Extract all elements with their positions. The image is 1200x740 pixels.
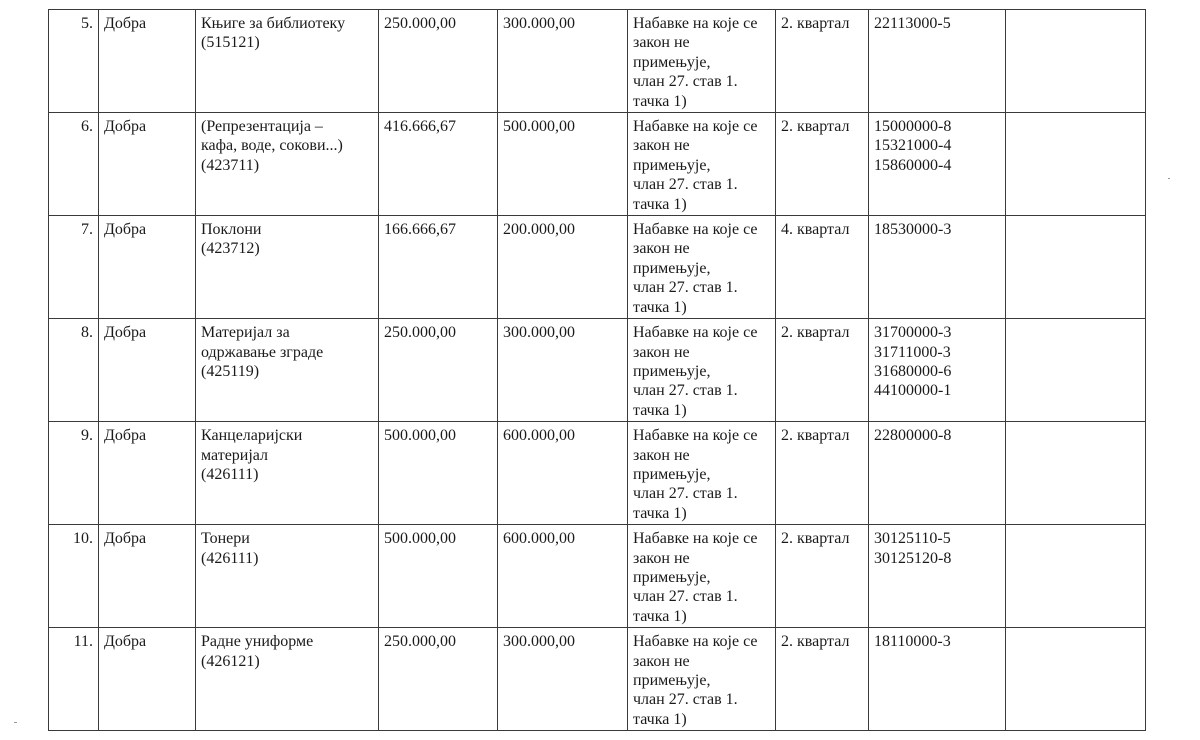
- note-cell: [1006, 113, 1146, 216]
- procedure-type: Набавке на које се закон не примењује, ч…: [628, 319, 776, 422]
- table-row: 10. Добра Тонери (426111) 500.000,00 600…: [49, 525, 1146, 628]
- note-cell: [1006, 422, 1146, 525]
- scan-speck: [14, 722, 17, 723]
- table-row: 5. Добра Књиге за библиотеку (515121) 25…: [49, 10, 1146, 113]
- value-with-vat: 600.000,00: [498, 525, 628, 628]
- procedure-type: Набавке на које се закон не примењује, ч…: [628, 525, 776, 628]
- planned-quarter: 2. квартал: [776, 525, 869, 628]
- subject-type: Добра: [99, 113, 196, 216]
- planned-quarter: 2. квартал: [776, 113, 869, 216]
- note-cell: [1006, 216, 1146, 319]
- cpv-codes: 31700000-3 31711000-3 31680000-6 4410000…: [869, 319, 1006, 422]
- subject-type: Добра: [99, 525, 196, 628]
- table-row: 6. Добра (Репрезентација – кафа, воде, с…: [49, 113, 1146, 216]
- table-row: 8. Добра Материјал за одржавање зграде (…: [49, 319, 1146, 422]
- cpv-codes: 22800000-8: [869, 422, 1006, 525]
- value-without-vat: 250.000,00: [379, 10, 498, 113]
- planned-quarter: 4. квартал: [776, 216, 869, 319]
- value-with-vat: 300.000,00: [498, 319, 628, 422]
- procedure-type: Набавке на које се закон не примењује, ч…: [628, 216, 776, 319]
- scan-speck: [1168, 178, 1170, 179]
- note-cell: [1006, 628, 1146, 731]
- subject-type: Добра: [99, 422, 196, 525]
- procedure-type: Набавке на које се закон не примењује, ч…: [628, 10, 776, 113]
- value-with-vat: 200.000,00: [498, 216, 628, 319]
- subject-type: Добра: [99, 10, 196, 113]
- value-without-vat: 416.666,67: [379, 113, 498, 216]
- value-without-vat: 166.666,67: [379, 216, 498, 319]
- table-row: 9. Добра Канцеларијски материјал (426111…: [49, 422, 1146, 525]
- note-cell: [1006, 10, 1146, 113]
- row-number: 7.: [49, 216, 99, 319]
- value-without-vat: 500.000,00: [379, 422, 498, 525]
- planned-quarter: 2. квартал: [776, 422, 869, 525]
- value-without-vat: 250.000,00: [379, 319, 498, 422]
- value-without-vat: 250.000,00: [379, 628, 498, 731]
- row-number: 5.: [49, 10, 99, 113]
- subject-type: Добра: [99, 216, 196, 319]
- scanned-document-page: 5. Добра Књиге за библиотеку (515121) 25…: [0, 0, 1200, 740]
- value-without-vat: 500.000,00: [379, 525, 498, 628]
- cpv-codes: 22113000-5: [869, 10, 1006, 113]
- note-cell: [1006, 319, 1146, 422]
- value-with-vat: 300.000,00: [498, 10, 628, 113]
- cpv-codes: 18110000-3: [869, 628, 1006, 731]
- row-number: 10.: [49, 525, 99, 628]
- procedure-type: Набавке на које се закон не примењује, ч…: [628, 113, 776, 216]
- value-with-vat: 300.000,00: [498, 628, 628, 731]
- note-cell: [1006, 525, 1146, 628]
- item-description: Поклони (423712): [196, 216, 379, 319]
- row-number: 11.: [49, 628, 99, 731]
- item-description: Материјал за одржавање зграде (425119): [196, 319, 379, 422]
- cpv-codes: 30125110-5 30125120-8: [869, 525, 1006, 628]
- subject-type: Добра: [99, 319, 196, 422]
- row-number: 6.: [49, 113, 99, 216]
- procurement-plan-table: 5. Добра Књиге за библиотеку (515121) 25…: [48, 9, 1146, 731]
- value-with-vat: 500.000,00: [498, 113, 628, 216]
- item-description: Радне униформе (426121): [196, 628, 379, 731]
- cpv-codes: 18530000-3: [869, 216, 1006, 319]
- planned-quarter: 2. квартал: [776, 10, 869, 113]
- planned-quarter: 2. квартал: [776, 319, 869, 422]
- item-description: Тонери (426111): [196, 525, 379, 628]
- procedure-type: Набавке на које се закон не примењује, ч…: [628, 628, 776, 731]
- table-row: 11. Добра Радне униформе (426121) 250.00…: [49, 628, 1146, 731]
- item-description: (Репрезентација – кафа, воде, сокови...)…: [196, 113, 379, 216]
- subject-type: Добра: [99, 628, 196, 731]
- table-row: 7. Добра Поклони (423712) 166.666,67 200…: [49, 216, 1146, 319]
- row-number: 8.: [49, 319, 99, 422]
- cpv-codes: 15000000-8 15321000-4 15860000-4: [869, 113, 1006, 216]
- planned-quarter: 2. квартал: [776, 628, 869, 731]
- item-description: Књиге за библиотеку (515121): [196, 10, 379, 113]
- value-with-vat: 600.000,00: [498, 422, 628, 525]
- row-number: 9.: [49, 422, 99, 525]
- item-description: Канцеларијски материјал (426111): [196, 422, 379, 525]
- procedure-type: Набавке на које се закон не примењује, ч…: [628, 422, 776, 525]
